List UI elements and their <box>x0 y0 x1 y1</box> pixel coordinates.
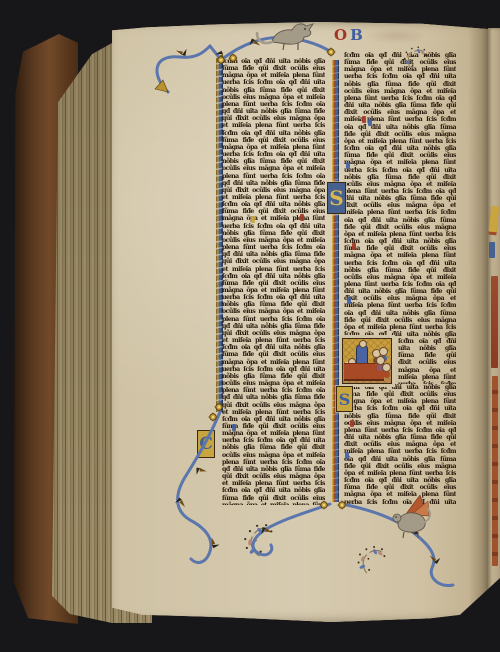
page-gutter-shadow <box>468 24 490 620</box>
illuminated-initial-bar: S <box>327 182 346 214</box>
facing-border-fragment <box>491 276 498 368</box>
manuscript-photo: OB ſcđm oĩa qđ đñi uĩta nõbis glĩa ſũma … <box>0 0 500 652</box>
facing-page-sliver <box>488 28 500 616</box>
text-column-left: ſcđm oĩa qđ đñi uĩta nõbis glĩa ſũma fiđ… <box>222 58 325 505</box>
illuminated-initial-left-margin: C <box>197 430 215 458</box>
figure-head <box>359 340 367 348</box>
facing-ornament-fragment <box>489 242 495 258</box>
mourner-figures <box>372 347 390 379</box>
running-title-letter: O <box>334 26 350 44</box>
text-column-right-lower: ſcđm oĩa qđ đñi uĩta nõbis glĩa ſũma fiđ… <box>344 384 456 506</box>
manuscript-page: OB ſcđm oĩa qđ đñi uĩta nõbis glĩa ſũma … <box>112 22 490 622</box>
illuminated-initial-below-miniature: S <box>336 386 353 412</box>
facing-ornament-fragment <box>489 206 500 233</box>
miniature-deathbed-scene <box>342 338 392 384</box>
running-title-letter: B <box>350 26 366 44</box>
facing-border-fragment <box>492 376 498 566</box>
center-border-bar <box>332 60 339 502</box>
running-title: OB <box>334 26 366 44</box>
show-through-smudge <box>364 28 428 44</box>
text-column-right-upper: ſcđm oĩa qđ đñi uĩta nõbis glĩa ſũma fiđ… <box>344 52 456 338</box>
